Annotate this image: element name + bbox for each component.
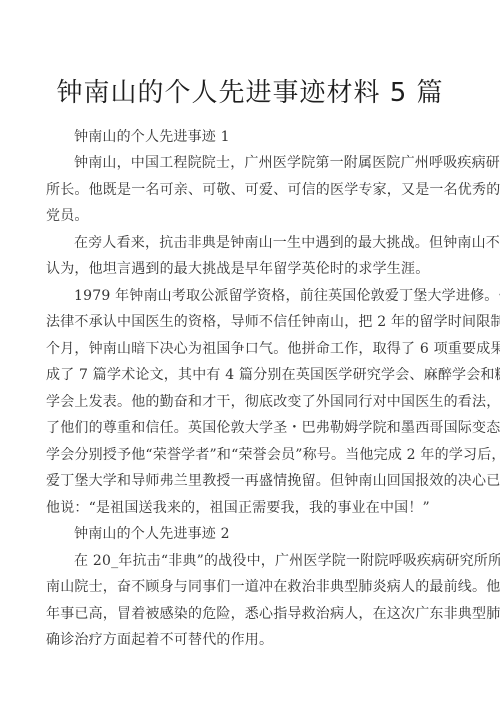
paragraph-line: 成了 7 篇学术论文，其中有 4 篇分别在英国医学研究学会、麻醉学会和糖尿病 bbox=[46, 366, 500, 384]
paragraph-line: 学会分别授予他“荣誉学者”和“荣誉会员”称号。当他完成 2 年的学习后， bbox=[46, 446, 500, 464]
section-heading-2: 钟南山的个人先进事迹 2 bbox=[74, 525, 230, 543]
paragraph-line: 他说：“是祖国送我来的，祖国正需要我，我的事业在中国！” bbox=[46, 499, 430, 517]
paragraph-line: 法律不承认中国医生的资格，导师不信任钟南山，把 2 年的留学时间限制为 8 bbox=[46, 313, 500, 331]
paragraph-line: 在旁人看来，抗击非典是钟南山一生中遇到的最大挑战。但钟南山不这么 bbox=[74, 234, 500, 252]
paragraph-line: 爱丁堡大学和导师弗兰里教授一再盛情挽留。但钟南山回国报效的决心已定， bbox=[46, 472, 500, 490]
paragraph-line: 南山院士，奋不顾身与同事们一道冲在救治非典型肺炎病人的最前线。他不顾 bbox=[46, 578, 500, 596]
paragraph-line: 个月，钟南山暗下决心为祖国争口气。他拼命工作，取得了 6 项重要成果，完 bbox=[46, 340, 500, 358]
paragraph-line: 确诊治疗方面起着不可替代的作用。 bbox=[46, 631, 273, 649]
paragraph-line: 党员。 bbox=[46, 207, 89, 225]
paragraph-line: 钟南山，中国工程院院士，广州医学院第一附属医院广州呼吸疾病研究所 bbox=[74, 154, 500, 172]
paragraph-line: 在 20_年抗击“非典”的战役中，广州医学院一附院呼吸疾病研究所所长钟 bbox=[74, 552, 500, 570]
paragraph-line: 认为，他坦言遇到的最大挑战是早年留学英伦时的求学生涯。 bbox=[46, 260, 429, 278]
paragraph-line: 年事已高，冒着被感染的危险，悉心指导救治病人，在这次广东非典型肺炎的 bbox=[46, 605, 500, 623]
paragraph-line: 所长。他既是一名可亲、可敬、可爱、可信的医学专家，又是一名优秀的共产 bbox=[46, 181, 500, 199]
paragraph-line: 了他们的尊重和信任。英国伦敦大学圣・巴弗勒姆学院和墨西哥国际变态反应 bbox=[46, 419, 500, 437]
document-title: 钟南山的个人先进事迹材料 5 篇 bbox=[0, 72, 500, 109]
paragraph-line: 1979 年钟南山考取公派留学资格，前往英国伦敦爱丁堡大学进修。但英国 bbox=[74, 287, 500, 305]
paragraph-line: 学会上发表。他的勤奋和才干，彻底改变了外国同行对中国医生的看法，赢得 bbox=[46, 393, 500, 411]
section-heading-1: 钟南山的个人先进事迹 1 bbox=[74, 128, 230, 146]
